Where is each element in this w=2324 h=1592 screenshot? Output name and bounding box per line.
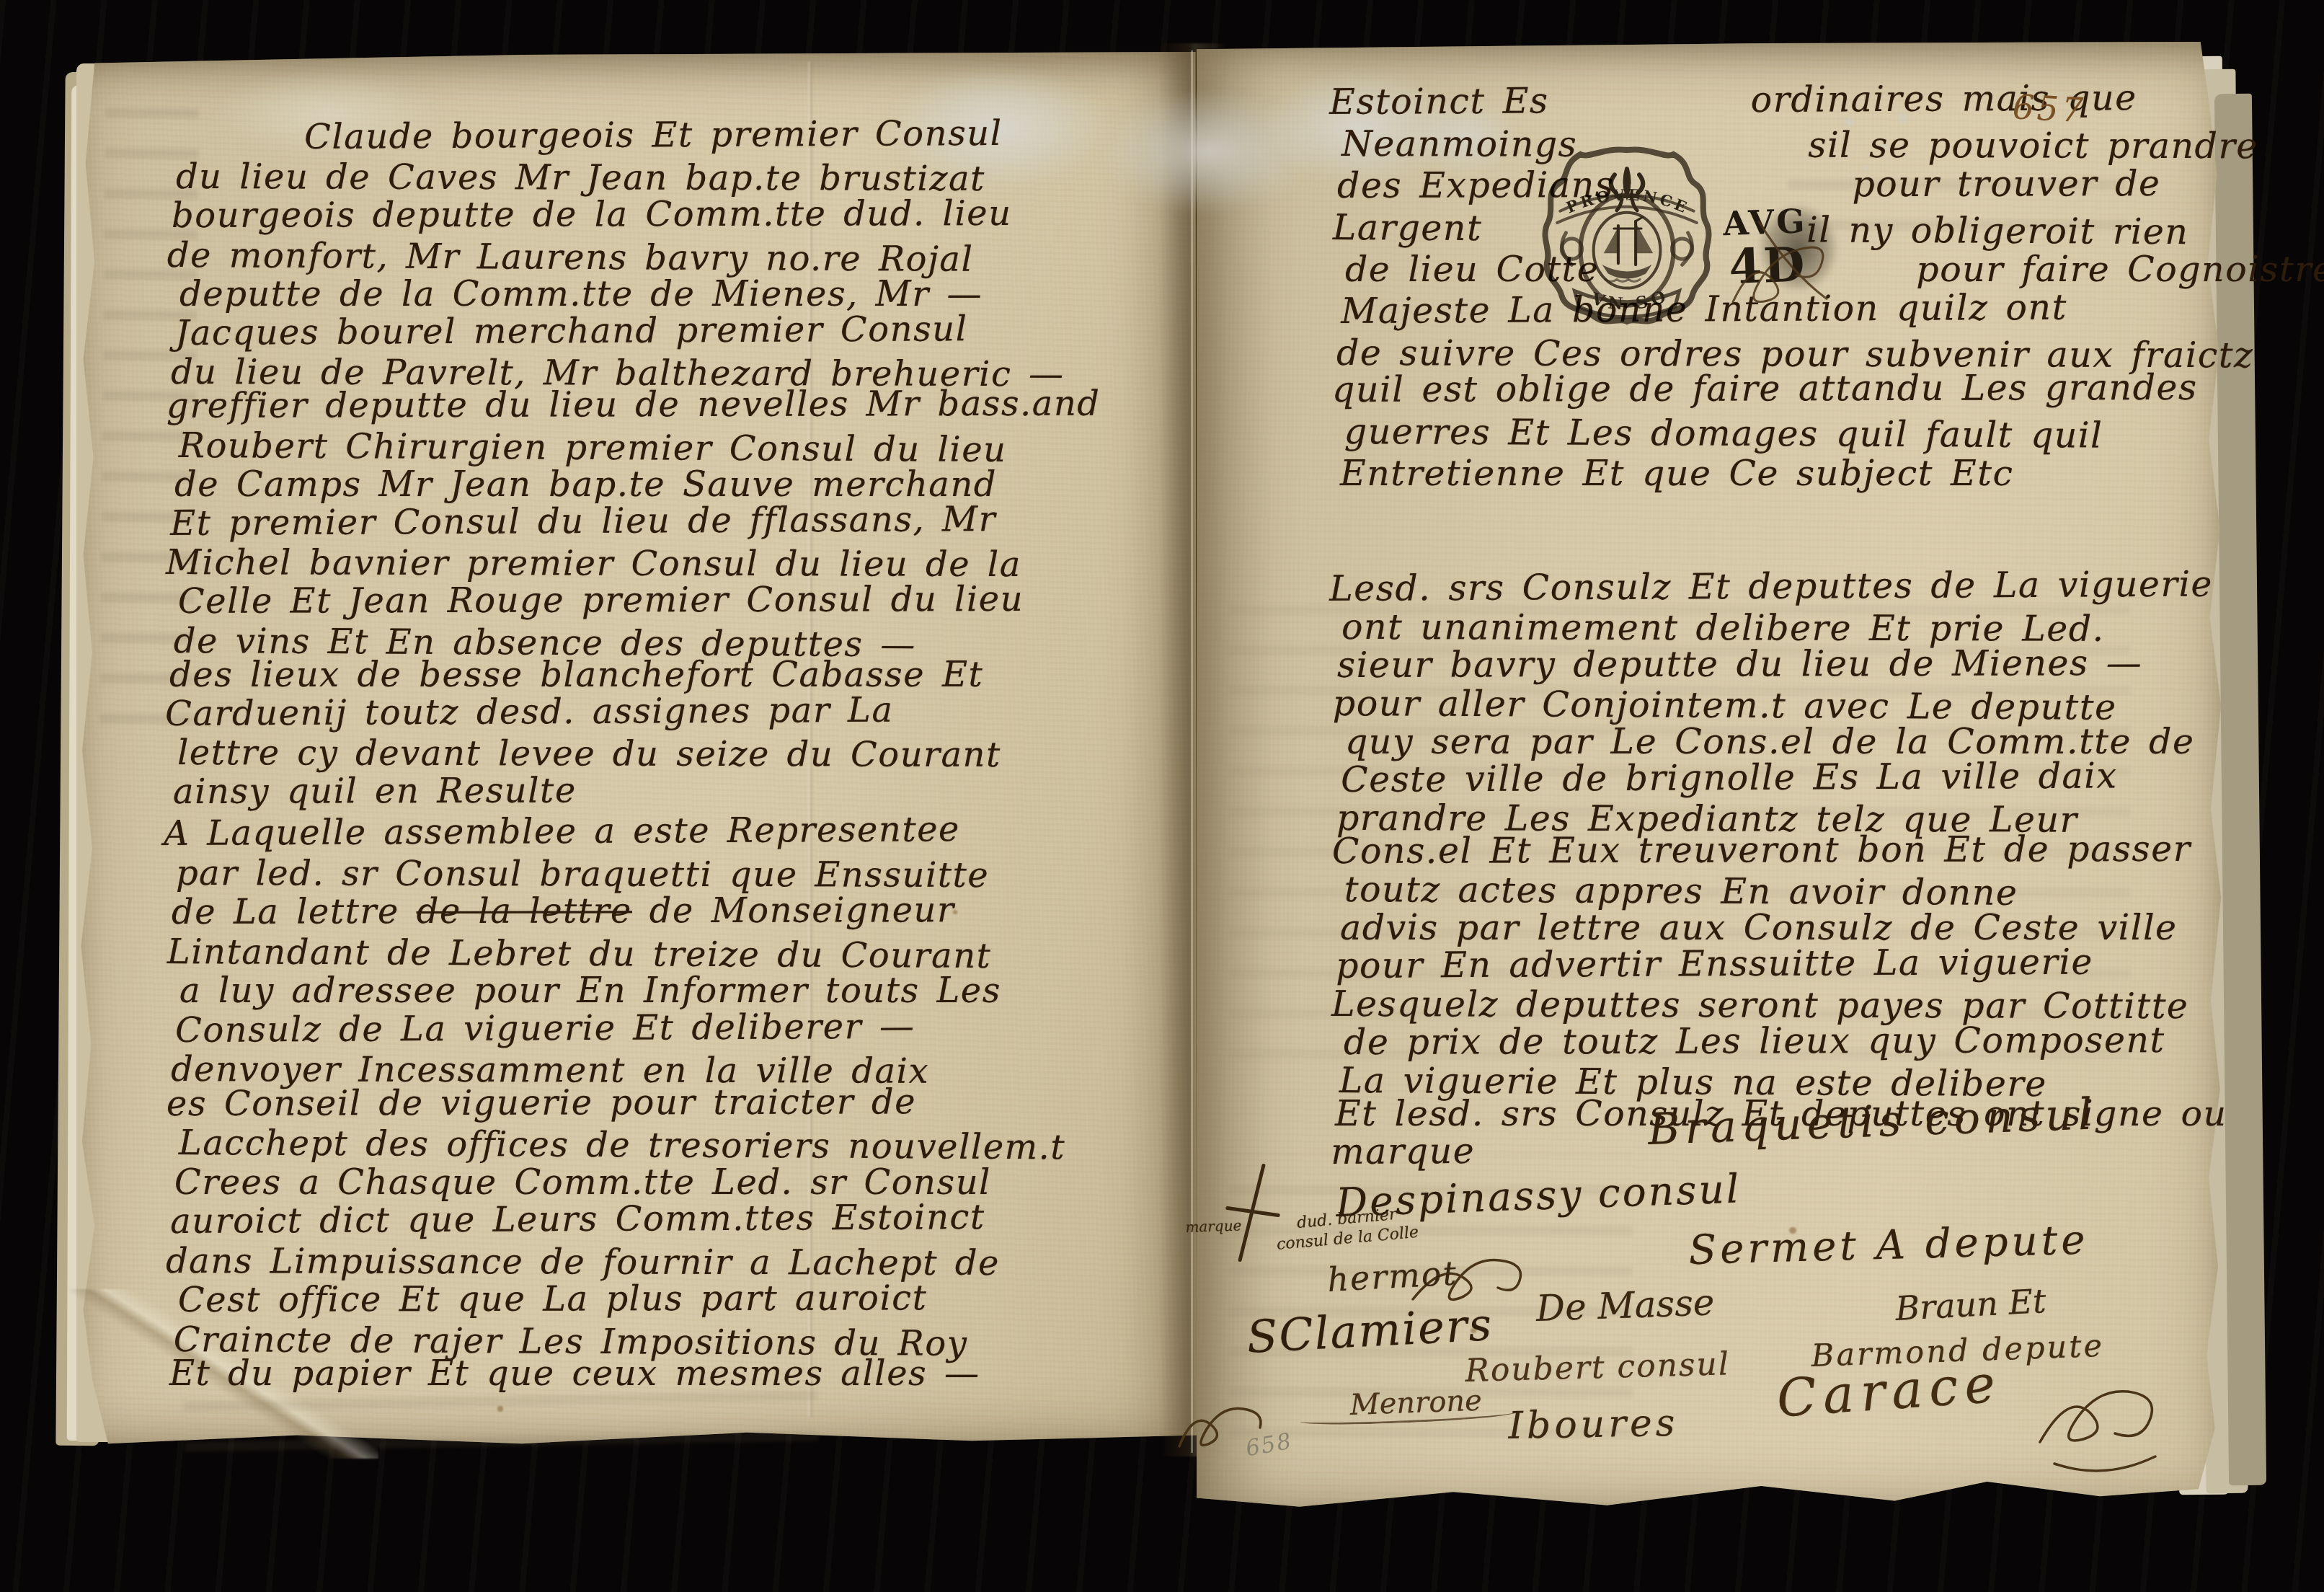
paraph-scribble bbox=[1715, 189, 1871, 331]
gutter-fold-line bbox=[1191, 50, 1193, 1453]
left-page-text-block: Claude bourgeois Et premier Consuldu lie… bbox=[169, 123, 1128, 1420]
ship-icon bbox=[1602, 217, 1654, 282]
manuscript-line: a luy adressee pour En Informer touts Le… bbox=[179, 973, 1138, 1008]
manuscript-line: bourgeois deputte de la Comm.tte dud. li… bbox=[172, 196, 1130, 233]
manuscript-line: Consulz de La viguerie Et deliberer — bbox=[175, 1008, 1134, 1048]
manuscript-line: Et du papier Et que ceux mesmes alles — bbox=[169, 1356, 1128, 1391]
manuscript-line: quil est oblige de faire attandu Les gra… bbox=[1332, 370, 2201, 407]
manuscript-line: es Conseil de viguerie pour traicter de bbox=[167, 1084, 1125, 1120]
manuscript-line: dans Limpuissance de fournir a Lachept d… bbox=[166, 1244, 1125, 1281]
manuscript-line: deputte de la Comm.tte de Mienes, Mr — bbox=[179, 277, 1138, 311]
manuscript-line: Michel bavnier premier Consul du lieu de… bbox=[166, 545, 1125, 582]
manuscript-line: Entretienne Et que Ce subject Etc bbox=[1340, 456, 2209, 491]
manuscript-line: Carduenij toutz desd. assignes par La bbox=[165, 691, 1124, 731]
folio-number-ink: 657 bbox=[2012, 87, 2087, 131]
manuscript-line: ont unanimement delibere Et prie Led. bbox=[1341, 609, 2210, 647]
signature-menrone: Menrone bbox=[1349, 1384, 1483, 1422]
manuscript-line: Jacques bourel merchand premier Consul bbox=[175, 311, 1134, 350]
tax-stamp-provence: PROVENCE VN SOL bbox=[1531, 140, 1723, 329]
manuscript-line: Lacchept des offices de tresoriers nouve… bbox=[179, 1126, 1137, 1165]
signature-braun: Braun Et bbox=[1894, 1281, 2047, 1328]
manuscript-line: pour En advertir Enssuitte La viguerie bbox=[1336, 944, 2204, 983]
stamp-control-mark: AVG 4D bbox=[1722, 195, 1863, 323]
manuscript-line: Crees a Chasque Comm.tte Led. sr Consul bbox=[174, 1165, 1133, 1200]
manuscript-line: Roubert Chirurgien premier Consul du lie… bbox=[179, 428, 1137, 468]
manuscript-line: quy sera par Le Cons.el de la Comm.tte d… bbox=[1345, 724, 2214, 759]
manuscript-photo: { "document": { "kind": "registre manusc… bbox=[0, 0, 2324, 1592]
manuscript-line: par led. sr Consul braquetti que Enssuit… bbox=[176, 856, 1135, 893]
manuscript-line: toutz actes appres En avoir donne bbox=[1344, 872, 2213, 911]
signature-hermot: hermot bbox=[1326, 1254, 1458, 1299]
manuscript-line: de monfort, Mr Laurens bavry no.re Rojal bbox=[167, 238, 1126, 278]
signature-cross-mark bbox=[1224, 1162, 1282, 1267]
manuscript-line: Claude bourgeois Et premier Consul bbox=[164, 115, 1263, 155]
manuscript-line: greffier deputte du lieu de nevelles Mr … bbox=[167, 386, 1125, 423]
manuscript-line: de Camps Mr Jean bap.te Sauve merchand bbox=[174, 467, 1133, 502]
manuscript-line: advis par lettre aux Consulz de Ceste vi… bbox=[1340, 910, 2209, 945]
manuscript-line: Lesquelz deputtes seront payes par Cotti… bbox=[1331, 986, 2200, 1024]
manuscript-line: Lesd. srs Consulz Et deputtes de La vigu… bbox=[1329, 567, 2198, 606]
signature-marque-left: marque bbox=[1185, 1216, 1242, 1236]
manuscript-line: A Laquelle assemblee a este Representee bbox=[164, 811, 1122, 851]
signature-demasse: De Masse bbox=[1535, 1281, 1715, 1330]
manuscript-line: Lintandant de Lebret du treize du Couran… bbox=[167, 934, 1126, 974]
manuscript-line: du lieu de Caves Mr Jean bap.te brustiza… bbox=[176, 159, 1135, 196]
manuscript-line: Et premier Consul du lieu de fflassans, … bbox=[170, 501, 1129, 541]
manuscript-line: lettre cy devant levee du seize du Coura… bbox=[177, 735, 1136, 772]
manuscript-line: Ceste ville de brignolle Es La ville dai… bbox=[1341, 758, 2209, 797]
manuscript-line: pour aller Conjointem.t avec Le deputte bbox=[1333, 686, 2201, 725]
manuscript-line: guerres Et Les domages quil fault quil bbox=[1344, 414, 2213, 454]
manuscript-line: de La lettre de la lettre de Monseigneur bbox=[172, 893, 1130, 929]
manuscript-line: ainsy quil en Resulte bbox=[173, 772, 1132, 809]
manuscript-line: de prix de toutz Les lieux quy Composent bbox=[1344, 1022, 2212, 1060]
signature-roubert: Roubert consul bbox=[1465, 1345, 1731, 1389]
manuscript-line: Neanmoingssil se pouvoict prandre bbox=[1341, 126, 2210, 164]
manuscript-line: des lieux de besse blanchefort Cabasse E… bbox=[169, 658, 1128, 692]
manuscript-line: Cest office Et que La plus part auroict bbox=[178, 1281, 1137, 1317]
manuscript-line: Celle Et Jean Rouge premier Consul du li… bbox=[178, 582, 1137, 619]
signature-iboures: Iboures bbox=[1508, 1402, 1679, 1448]
manuscript-line: auroict dict que Leurs Comm.ttes Estoinc… bbox=[170, 1199, 1129, 1239]
manuscript-line: sieur bavry deputte du lieu de Mienes — bbox=[1337, 645, 2206, 683]
manuscript-line: Cons.el Et Eux treuveront bon Et de pass… bbox=[1332, 831, 2201, 869]
